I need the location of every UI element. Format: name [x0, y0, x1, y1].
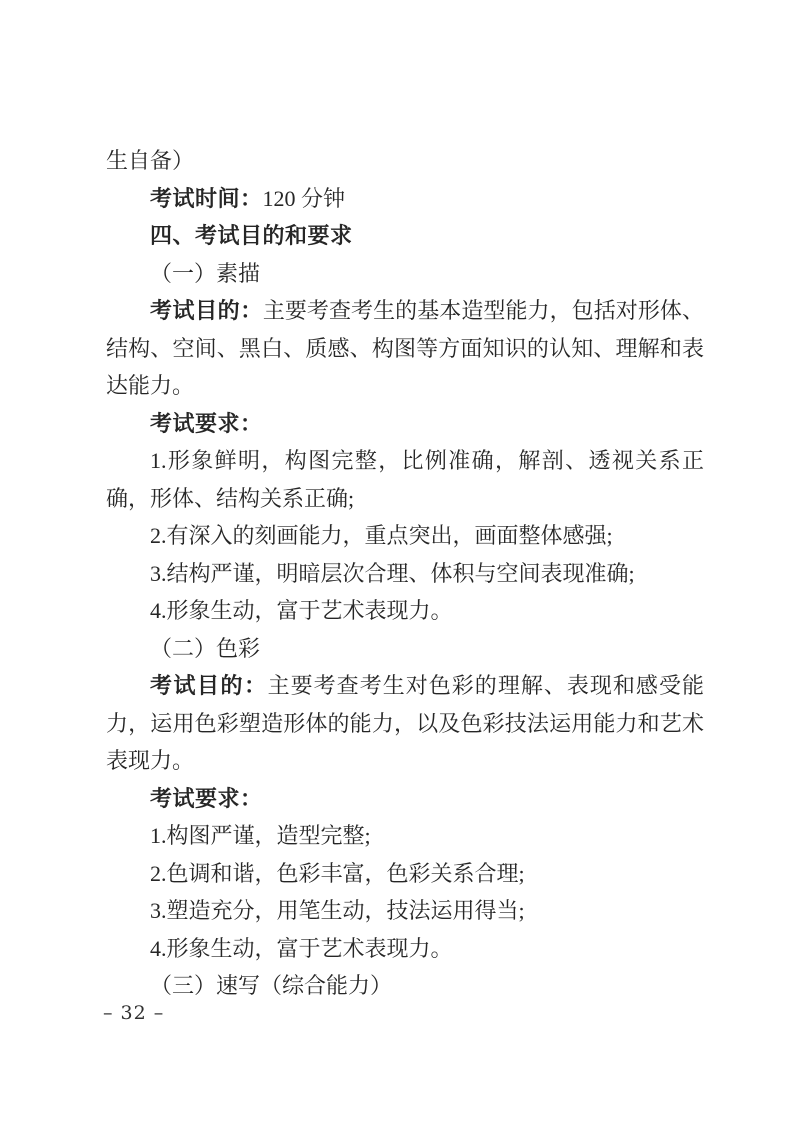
sketch-requirement-1: 1.形象鲜明，构图完整，比例准确，解剖、透视关系正确，形体、结构关系正确; — [106, 442, 704, 517]
section-4-heading-text: 四、考试目的和要求 — [150, 223, 353, 248]
subsection-2-color-heading: （二）色彩 — [106, 630, 704, 668]
paragraph-continuation: 生自备） — [106, 142, 704, 180]
color-purpose-paragraph: 考试目的：主要考查考生对色彩的理解、表现和感受能力，运用色彩塑造形体的能力，以及… — [106, 667, 704, 780]
sketch-requirement-2-text: 2.有深入的刻画能力，重点突出，画面整体感强; — [150, 523, 613, 548]
color-requirement-3: 3.塑造充分，用笔生动，技法运用得当; — [106, 892, 704, 930]
sketch-requirements-label: 考试要求： — [150, 411, 263, 436]
color-requirements-label: 考试要求： — [150, 786, 263, 811]
sketch-requirement-2: 2.有深入的刻画能力，重点突出，画面整体感强; — [106, 517, 704, 555]
sketch-requirement-4: 4.形象生动，富于艺术表现力。 — [106, 592, 704, 630]
color-requirement-3-text: 3.塑造充分，用笔生动，技法运用得当; — [150, 898, 525, 923]
sketch-requirement-1-text: 1.形象鲜明，构图完整，比例准确，解剖、透视关系正确，形体、结构关系正确; — [106, 448, 704, 511]
page-number: – 32 – — [103, 1000, 164, 1026]
sketch-purpose-paragraph: 考试目的：主要考查考生的基本造型能力，包括对形体、结构、空间、黑白、质感、构图等… — [106, 292, 704, 405]
color-requirement-2-text: 2.色调和谐，色彩丰富，色彩关系合理; — [150, 861, 525, 886]
subsection-2-text: （二）色彩 — [150, 636, 260, 661]
document-body: 生自备） 考试时间：120 分钟 四、考试目的和要求 （一）素描 考试目的：主要… — [106, 142, 704, 1005]
subsection-1-sketch-heading: （一）素描 — [106, 255, 704, 293]
color-requirements-heading: 考试要求： — [106, 780, 704, 818]
subsection-1-text: （一）素描 — [150, 261, 260, 286]
color-requirement-4-text: 4.形象生动，富于艺术表现力。 — [150, 936, 453, 961]
subsection-3-text: （三）速写（综合能力） — [150, 973, 392, 998]
subsection-3-sketching-heading: （三）速写（综合能力） — [106, 967, 704, 1005]
sketch-requirement-3: 3.结构严谨，明暗层次合理、体积与空间表现准确; — [106, 555, 704, 593]
exam-duration-line: 考试时间：120 分钟 — [106, 180, 704, 218]
exam-duration-value: 120 分钟 — [263, 186, 346, 211]
color-requirement-1-text: 1.构图严谨，造型完整; — [150, 823, 371, 848]
sketch-purpose-label: 考试目的： — [150, 298, 263, 323]
color-purpose-label: 考试目的： — [150, 673, 268, 698]
sketch-requirement-3-text: 3.结构严谨，明暗层次合理、体积与空间表现准确; — [150, 561, 635, 586]
color-requirement-2: 2.色调和谐，色彩丰富，色彩关系合理; — [106, 855, 704, 893]
exam-duration-label: 考试时间： — [150, 186, 263, 211]
color-requirement-4: 4.形象生动，富于艺术表现力。 — [106, 930, 704, 968]
paragraph-text: 生自备） — [106, 148, 194, 173]
section-4-heading: 四、考试目的和要求 — [106, 217, 704, 255]
sketch-requirement-4-text: 4.形象生动，富于艺术表现力。 — [150, 598, 453, 623]
document-page: 生自备） 考试时间：120 分钟 四、考试目的和要求 （一）素描 考试目的：主要… — [0, 0, 794, 1123]
color-requirement-1: 1.构图严谨，造型完整; — [106, 817, 704, 855]
sketch-requirements-heading: 考试要求： — [106, 405, 704, 443]
